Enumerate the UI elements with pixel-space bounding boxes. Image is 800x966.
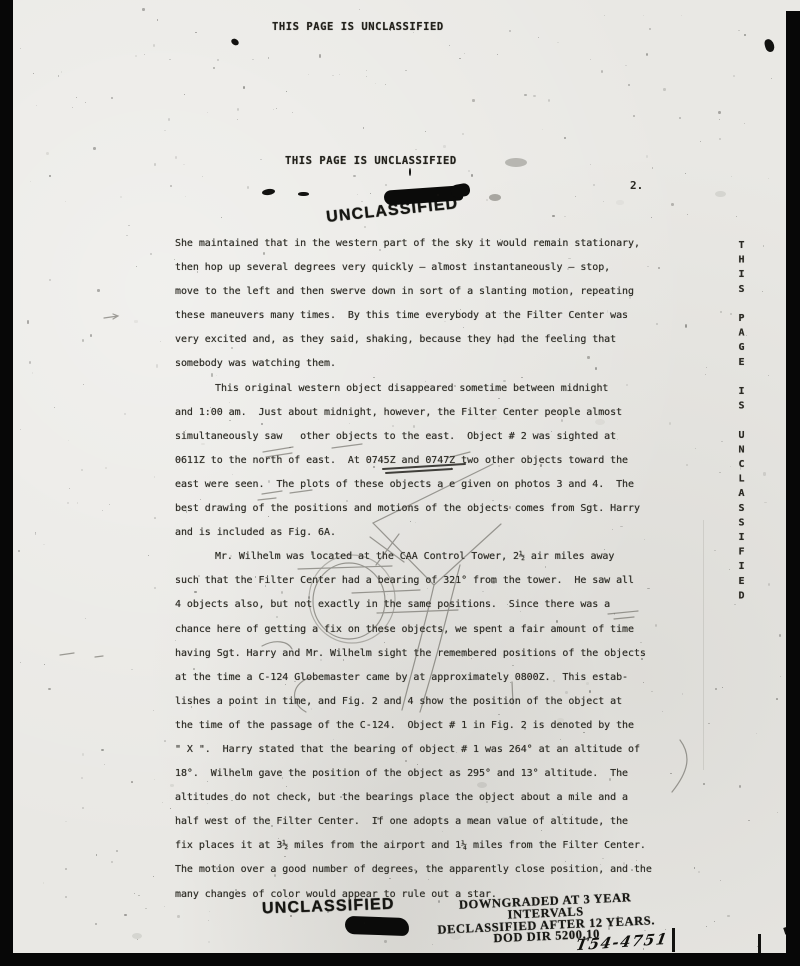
text-line: move to the left and then swerve down in… [175, 280, 675, 304]
text-line: 4 objects also, but not exactly in the s… [175, 593, 675, 617]
smudge-mark [489, 194, 501, 201]
text-line: Mr. Wilhelm was located at the CAA Contr… [175, 545, 675, 569]
text-line: The motion over a good number of degrees… [175, 858, 675, 882]
document-body: She maintained that in the western part … [175, 232, 675, 907]
ink-mark [298, 192, 309, 196]
ink-mark [262, 188, 276, 196]
scan-edge-left [0, 0, 13, 953]
text-line: the time of the passage of the C-124. Ob… [175, 714, 675, 738]
text-line: very excited and, as they said, shaking,… [175, 328, 675, 352]
redaction-blob-bottom [345, 916, 410, 936]
margin-vertical-text: THIS PAGE IS UNCLASSIFIED [736, 240, 747, 590]
text-line: somebody was watching them. [175, 352, 675, 376]
text-line: 0611Z to the north of east. At 0745Z and… [175, 449, 675, 473]
top-unclassified-banner: THIS PAGE IS UNCLASSIFIED [272, 21, 444, 33]
scan-edge-right [786, 11, 800, 953]
text-line: She maintained that in the western part … [175, 232, 675, 256]
unclassified-stamp-bottom: UNCLASSIFIED [262, 896, 395, 919]
text-line: simultaneously saw other objects to the … [175, 425, 675, 449]
ink-mark [764, 38, 776, 53]
text-line: 18°. Wilhelm gave the position of the ob… [175, 762, 675, 786]
text-line: best drawing of the positions and motion… [175, 497, 675, 521]
edge-mark [672, 928, 675, 952]
mid-unclassified-banner: THIS PAGE IS UNCLASSIFIED [285, 155, 457, 167]
text-line: half west of the Filter Center. If one a… [175, 810, 675, 834]
text-line: east were seen. The plots of these objec… [175, 473, 675, 497]
ink-mark [409, 168, 411, 176]
text-line: " X ". Harry stated that the bearing of … [175, 738, 675, 762]
paper-crease [703, 520, 704, 770]
text-line: such that the Filter Center had a bearin… [175, 569, 675, 593]
ink-mark [230, 37, 240, 46]
text-line: these maneuvers many times. By this time… [175, 304, 675, 328]
text-line: fix places it at 3½ miles from the airpo… [175, 834, 675, 858]
text-line: altitudes do not check, but the bearings… [175, 786, 675, 810]
page-number: 2. [630, 179, 643, 192]
text-line: then hop up several degrees very quickly… [175, 256, 675, 280]
text-line: chance here of getting a fix on these ob… [175, 618, 675, 642]
scanned-document-page: THIS PAGE IS UNCLASSIFIED THIS PAGE IS U… [0, 0, 800, 966]
scan-edge-bottom [0, 953, 800, 966]
text-line: lishes a point in time, and Fig. 2 and 4… [175, 690, 675, 714]
smudge-mark [505, 158, 527, 167]
text-line: having Sgt. Harry and Mr. Wilhelm sight … [175, 642, 675, 666]
text-line: at the time a C-124 Globemaster came by … [175, 666, 675, 690]
text-line: and is included as Fig. 6A. [175, 521, 675, 545]
redaction-blob-top [450, 182, 471, 198]
edge-mark [758, 934, 761, 953]
